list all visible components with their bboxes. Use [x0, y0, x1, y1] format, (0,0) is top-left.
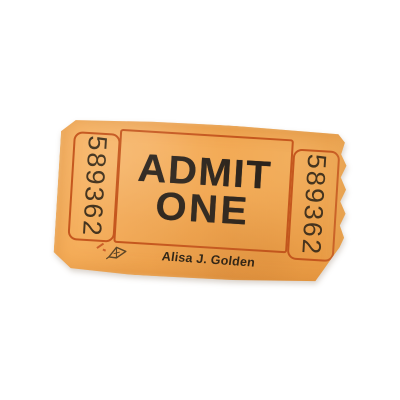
ticket-shadow-wrap: 589362 ADMIT ONE 589362 Alisa J. Golden [0, 0, 400, 400]
photo-background: 589362 ADMIT ONE 589362 Alisa J. Golden [0, 0, 400, 400]
serial-number-right: 589362 [295, 153, 331, 257]
left-stub-box: 589362 [67, 131, 121, 243]
headline-one: ONE [154, 189, 250, 231]
admit-one-ticket: 589362 ADMIT ONE 589362 Alisa J. Golden [53, 115, 352, 287]
ink-scratch-dot [103, 249, 106, 252]
center-panel: ADMIT ONE [113, 129, 294, 253]
right-stub-box: 589362 [287, 148, 341, 262]
serial-number-left: 589362 [76, 135, 112, 239]
